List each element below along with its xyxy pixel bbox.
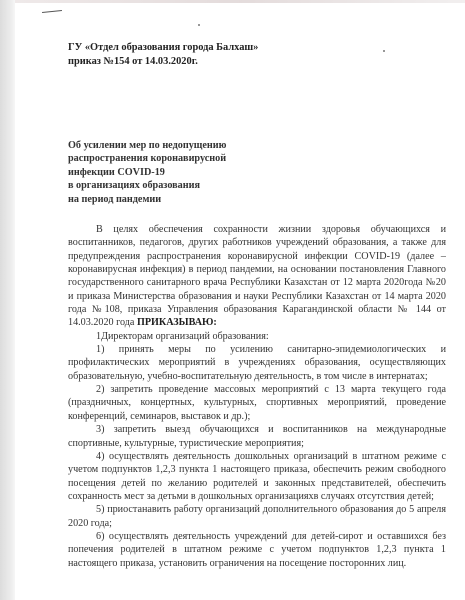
list-item: 6) осуществлять деятельность учреждений … [68,530,446,570]
scan-top-shadow [15,0,465,3]
subject-line: в организациях образования [68,179,226,192]
scan-speck [198,24,200,26]
document-header: ГУ «Отдел образования города Балхаш» при… [68,41,258,68]
subject-line: Об усилении мер по недопущению [68,139,226,152]
subject-line: распространения коронавирусной [68,152,226,165]
list-item: 1) принять меры по усилению санитарно-эп… [68,343,446,383]
section-1-title: 1Директорам организаций образования: [68,330,446,343]
preamble-paragraph: В целях обеспечения сохранности жизнии з… [68,223,446,330]
scan-edge [0,0,15,600]
document-body: В целях обеспечения сохранности жизнии з… [68,223,446,570]
organization-name: ГУ «Отдел образования города Балхаш» [68,41,258,55]
list-item: 5) приостанавить работу организаций допо… [68,503,446,530]
list-item: 3) запретить выезд обучающихся и воспита… [68,423,446,450]
order-number-date: приказ №154 от 14.03.2020г. [68,55,258,69]
subject-line: на период пандемии [68,193,226,206]
order-word: ПРИКАЗЫВАЮ: [137,317,217,328]
scan-speck [383,50,385,52]
preamble-text: В целях обеспечения сохранности жизнии з… [68,224,446,328]
order-subject: Об усилении мер по недопущению распростр… [68,139,226,206]
list-item: 2) запретить проведение массовых меропри… [68,383,446,423]
pen-mark [42,10,62,13]
list-item: 4) осуществлять деятельность дошкольных … [68,450,446,503]
subject-line: инфекции COVID-19 [68,166,226,179]
